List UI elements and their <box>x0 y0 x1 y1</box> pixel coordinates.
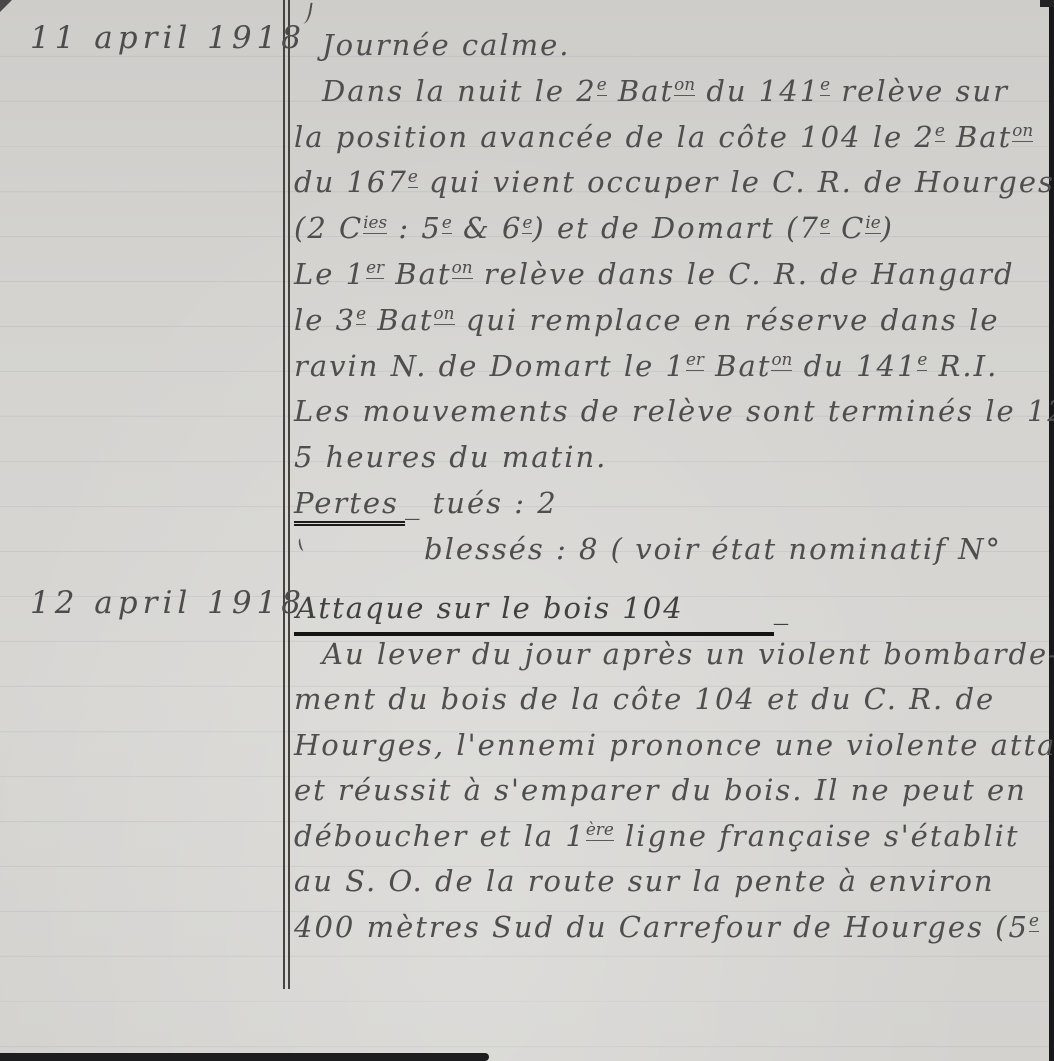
handwritten-text-line: Dans la nuit le 2e Baton du 141e relève … <box>322 71 1009 111</box>
handwritten-text-line: Les mouvements de relève sont terminés l… <box>294 391 1054 431</box>
handwritten-text-line: au S. O. de la route sur la pente à envi… <box>294 861 995 901</box>
handwritten-text-line: 400 mètres Sud du Carrefour de Hourges (… <box>294 907 1039 947</box>
handwritten-text-line: Pertes_ tués : 2 <box>294 483 558 523</box>
ink-mark-margin <box>298 537 307 551</box>
scan-corner-top-right <box>1040 0 1054 7</box>
handwritten-text-line: ravin N. de Domart le 1er Baton du 141e … <box>294 346 998 386</box>
handwritten-text-line: (2 Cies : 5e & 6e) et de Domart (7e Cie) <box>294 208 894 248</box>
entry-date: 11 april 1918 <box>30 20 306 56</box>
scan-corner-top-left <box>0 0 12 12</box>
handwritten-text-line: et réussit à s'emparer du bois. Il ne pe… <box>294 770 1027 810</box>
column-separator-rule <box>283 0 290 989</box>
handwritten-text-line: Hourges, l'ennemi prononce une violente … <box>294 725 1054 765</box>
handwritten-text-line: le 3e Baton qui remplace en réserve dans… <box>294 300 1000 340</box>
handwritten-text-line: Au lever du jour après un violent bombar… <box>322 634 1054 674</box>
handwritten-text-line: ment du bois de la côte 104 et du C. R. … <box>294 679 995 719</box>
handwritten-text-line: du 167e qui vient occuper le C. R. de Ho… <box>294 162 1054 202</box>
scan-edge-bottom <box>0 1053 489 1061</box>
handwritten-text-line: déboucher et la 1ère ligne française s'é… <box>294 816 1020 856</box>
handwritten-text-line: 5 heures du matin. <box>294 437 607 477</box>
handwritten-text-line: la position avancée de la côte 104 le 2e… <box>294 117 1033 157</box>
diary-page: 11 april 1918Journée calme.Dans la nuit … <box>0 0 1054 1061</box>
entry-date: 12 april 1918 <box>30 585 306 621</box>
handwritten-text-line: Journée calme. <box>322 25 571 65</box>
entry-heading: Attaque sur le bois 104_ <box>294 588 790 628</box>
handwritten-text-line: blessés : 8 ( voir état nominatif N° ) <box>424 529 1054 569</box>
handwritten-text-line: Le 1er Baton relève dans le C. R. de Han… <box>294 254 1015 294</box>
